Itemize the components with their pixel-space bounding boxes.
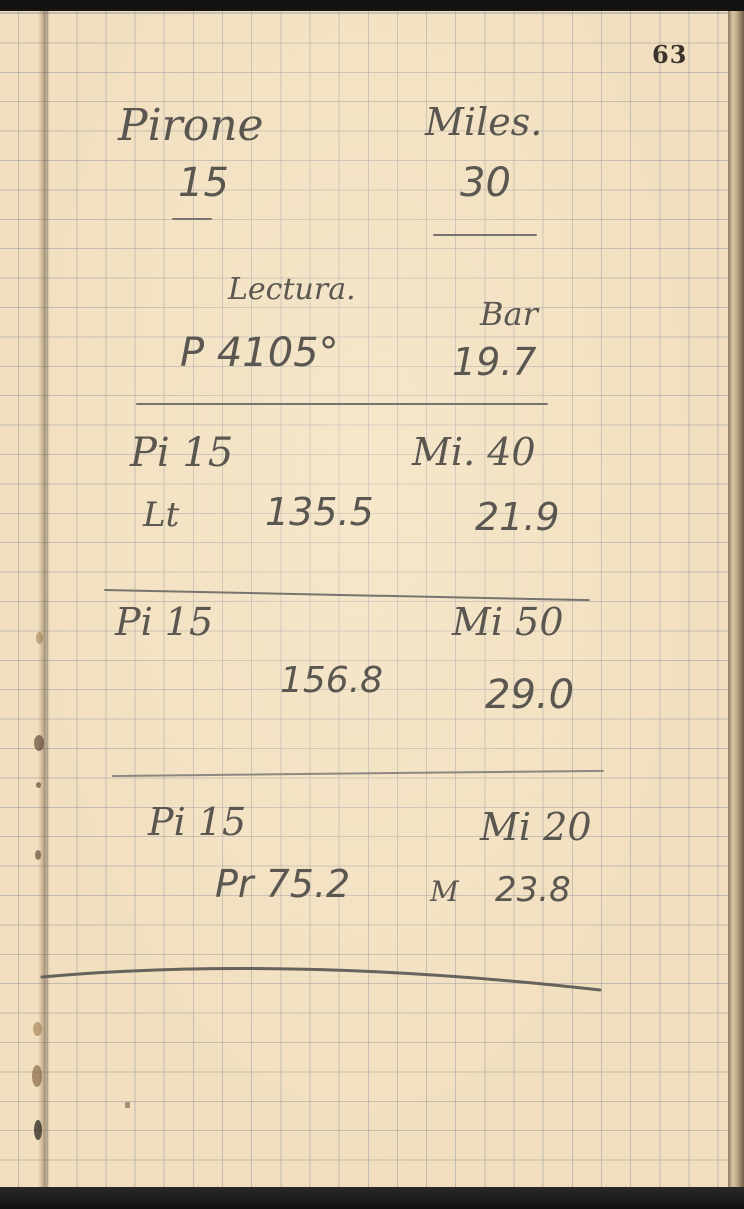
book-binding-bottom	[0, 1187, 744, 1209]
page-number: 63	[652, 40, 687, 69]
entry-4-right-tag: Mi 20	[480, 805, 592, 849]
entry-2-value-a: 135.5	[265, 490, 374, 534]
entry-1-value-b: 19.7	[452, 340, 537, 384]
header-left-label: Pirone	[118, 100, 264, 151]
underline	[172, 218, 212, 220]
header-right-label: Miles.	[425, 100, 542, 144]
entry-4-value-a: Pr 75.2	[215, 862, 350, 906]
entry-2-row2-tag: Lt	[143, 495, 179, 535]
underline	[433, 234, 537, 236]
ink-stain	[33, 1022, 42, 1036]
entry-1-label-a: Lectura.	[228, 272, 356, 307]
header-right-value: 30	[460, 160, 511, 206]
entry-4-value-b-prefix: M	[430, 875, 459, 908]
entry-1-label-b: Bar	[480, 295, 538, 333]
closing-rule	[40, 955, 620, 1000]
entry-2-left-tag: Pi 15	[130, 430, 233, 476]
ink-stain	[32, 1065, 42, 1087]
ink-stain	[35, 850, 41, 860]
ink-stain	[34, 735, 44, 751]
separator-line	[136, 403, 548, 405]
header-left-value: 15	[178, 160, 229, 206]
ink-stain	[36, 632, 43, 644]
entry-3-right-tag: Mi 50	[452, 600, 564, 644]
entry-2-value-b: 21.9	[475, 495, 560, 539]
ink-stain	[125, 1102, 130, 1108]
entry-4-value-b: 23.8	[495, 870, 571, 910]
entry-3-value-a: 156.8	[280, 660, 383, 701]
entry-2-right-tag: Mi. 40	[412, 430, 536, 474]
ink-stain	[34, 1120, 42, 1140]
page-edge-right	[728, 11, 744, 1188]
page-gutter	[38, 11, 50, 1188]
entry-4-left-tag: Pi 15	[148, 800, 246, 844]
notebook-page	[0, 11, 728, 1188]
entry-1-value-a: P 4105°	[180, 330, 339, 376]
entry-3-value-b: 29.0	[485, 672, 574, 718]
ink-stain	[36, 782, 41, 788]
entry-3-left-tag: Pi 15	[115, 600, 213, 644]
